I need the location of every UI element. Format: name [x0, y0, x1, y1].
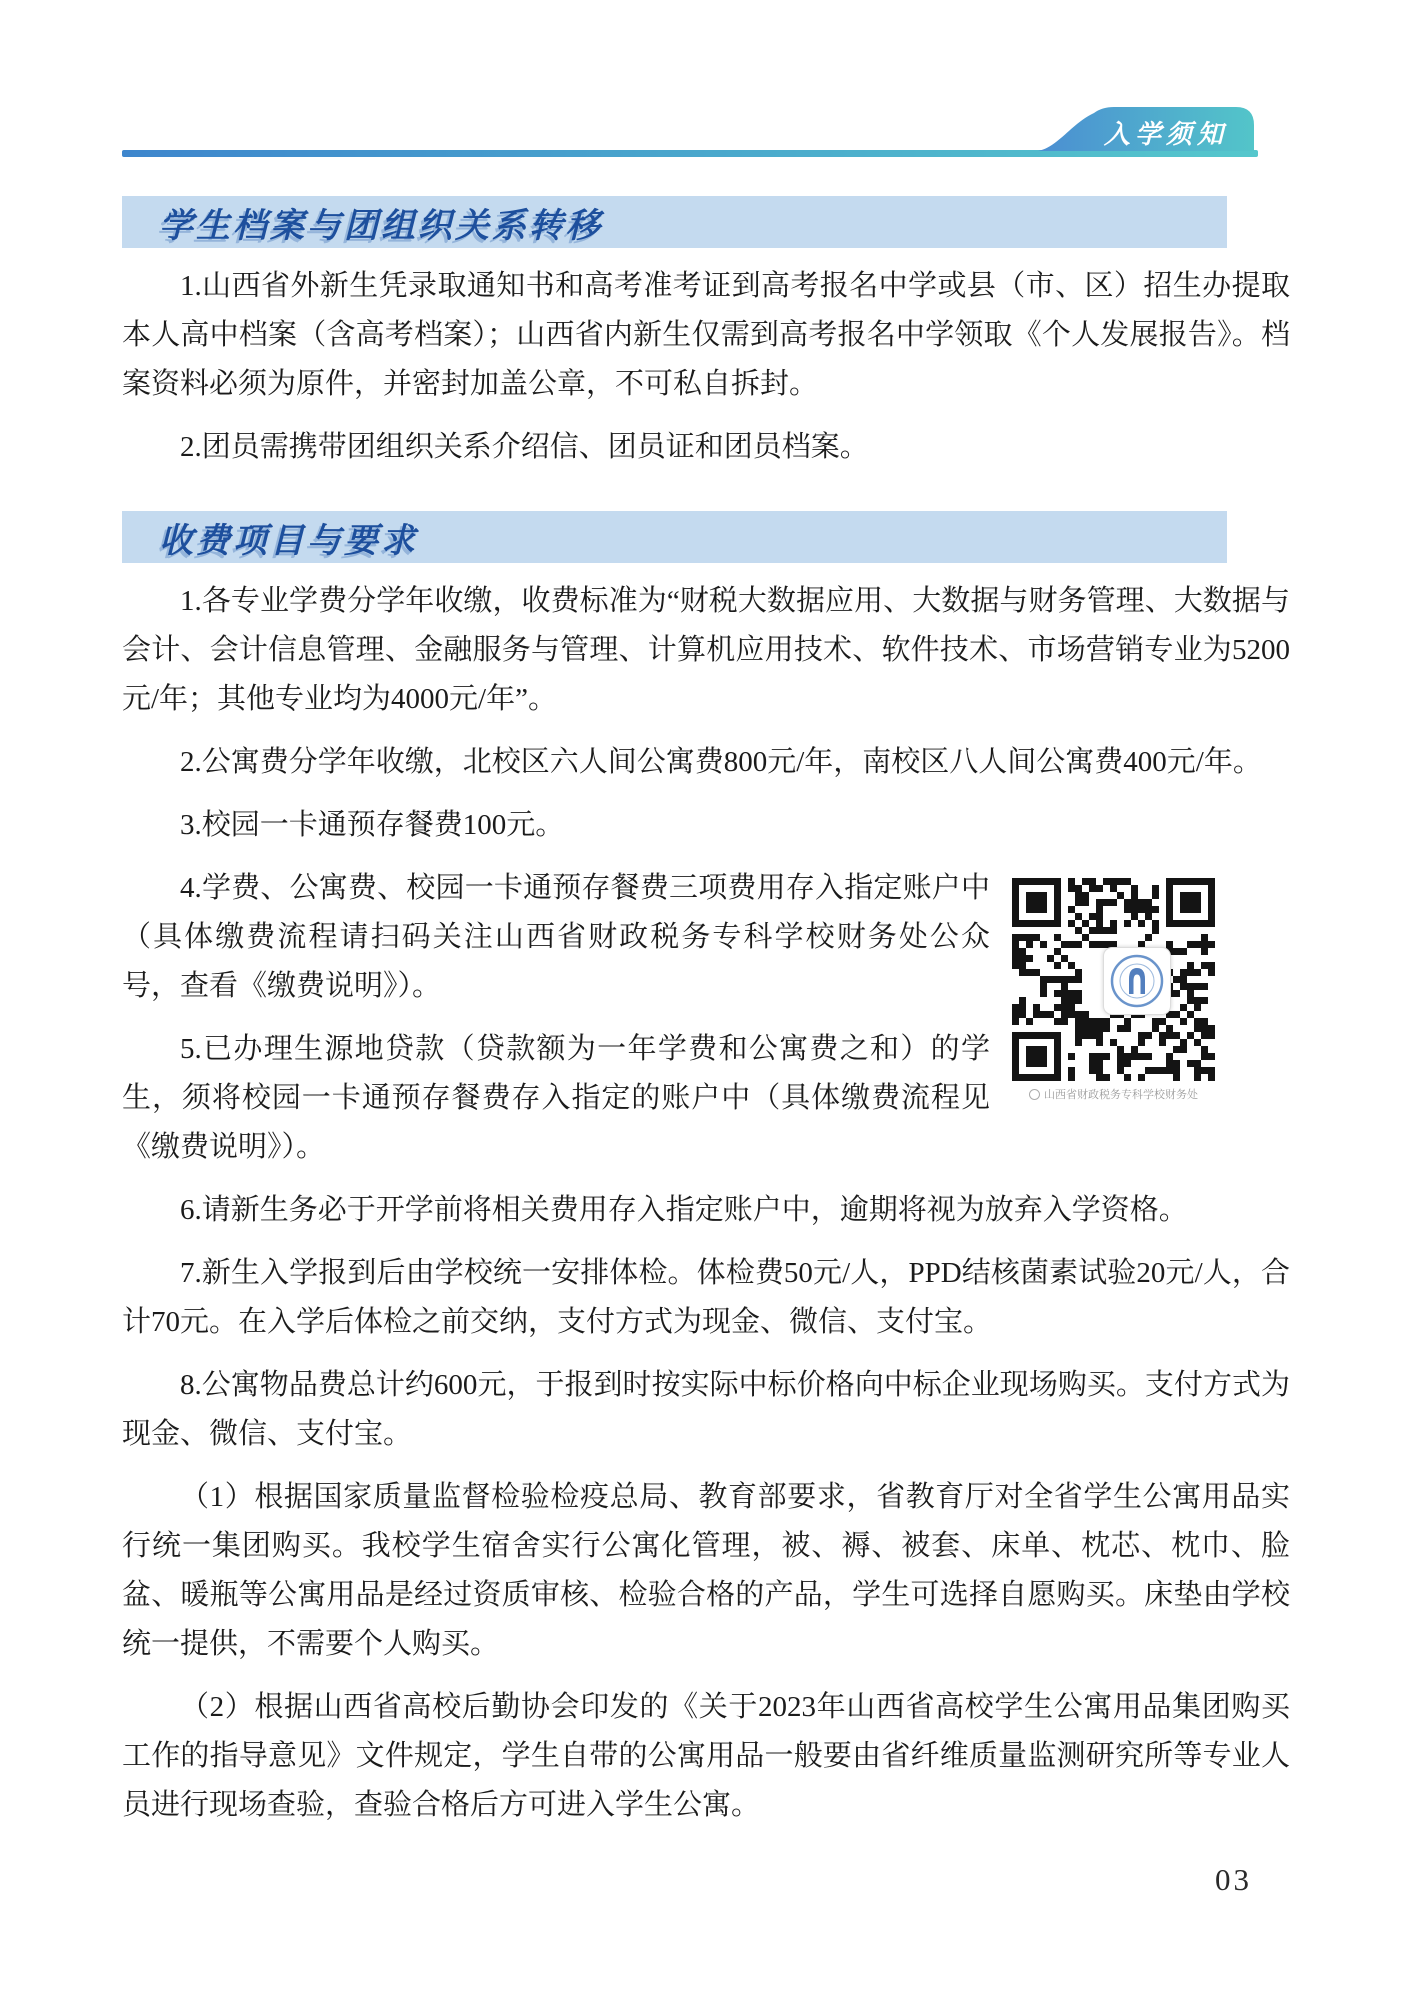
page-content: 入学须知 学生档案与团组织关系转移 1.山西省外新生凭录取通知书和高考准考证到高… — [122, 105, 1290, 1844]
paragraph: （1）根据国家质量监督检验检疫总局、教育部要求，省教育厅对全省学生公寓用品实行统… — [122, 1473, 1290, 1669]
paragraph: 2.公寓费分学年收缴，北校区六人间公寓费800元/年，南校区八人间公寓费400元… — [122, 738, 1290, 787]
school-logo-icon — [1029, 1089, 1040, 1100]
qr-code — [1012, 878, 1215, 1081]
section-title-archives: 学生档案与团组织关系转移 — [122, 196, 1227, 248]
page-tag-badge: 入学须知 — [1038, 107, 1254, 151]
qr-center-logo — [1103, 947, 1171, 1015]
payment-qr-block: 山西省财政税务专科学校财务处 — [990, 878, 1290, 1124]
header-row: 入学须知 — [122, 105, 1290, 150]
school-emblem-icon — [1110, 954, 1164, 1008]
paragraph: 6.请新生务必于开学前将相关费用存入指定账户中，逾期将视为放弃入学资格。 — [122, 1186, 1290, 1235]
paragraph: 2.团员需携带团组织关系介绍信、团员证和团员档案。 — [122, 423, 1290, 472]
page-number: 03 — [1215, 1862, 1252, 1898]
section-title-text: 收费项目与要求 — [159, 513, 418, 562]
section-title-fees: 收费项目与要求 — [122, 511, 1227, 563]
page-tag-label: 入学须知 — [1104, 114, 1228, 151]
paragraph: 8.公寓物品费总计约600元，于报到时按实际中标价格向中标企业现场购买。支付方式… — [122, 1361, 1290, 1459]
paragraph: 1.各专业学费分学年收缴，收费标准为“财税大数据应用、大数据与财务管理、大数据与… — [122, 577, 1290, 724]
paragraph: （2）根据山西省高校后勤协会印发的《关于2023年山西省高校学生公寓用品集团购买… — [122, 1683, 1290, 1830]
document-page: 入学须知 学生档案与团组织关系转移 1.山西省外新生凭录取通知书和高考准考证到高… — [0, 0, 1409, 2016]
paragraph: 3.校园一卡通预存餐费100元。 — [122, 801, 1290, 850]
paragraph: 7.新生入学报到后由学校统一安排体检。体检费50元/人，PPD结核菌素试验20元… — [122, 1249, 1290, 1347]
paragraph: 1.山西省外新生凭录取通知书和高考准考证到高考报名中学或县（市、区）招生办提取本… — [122, 262, 1290, 409]
header-divider — [122, 150, 1258, 157]
qr-caption: 山西省财政税务专科学校财务处 — [1012, 1086, 1215, 1102]
section-title-text: 学生档案与团组织关系转移 — [159, 198, 603, 247]
qr-caption-text: 山西省财政税务专科学校财务处 — [1044, 1086, 1198, 1102]
